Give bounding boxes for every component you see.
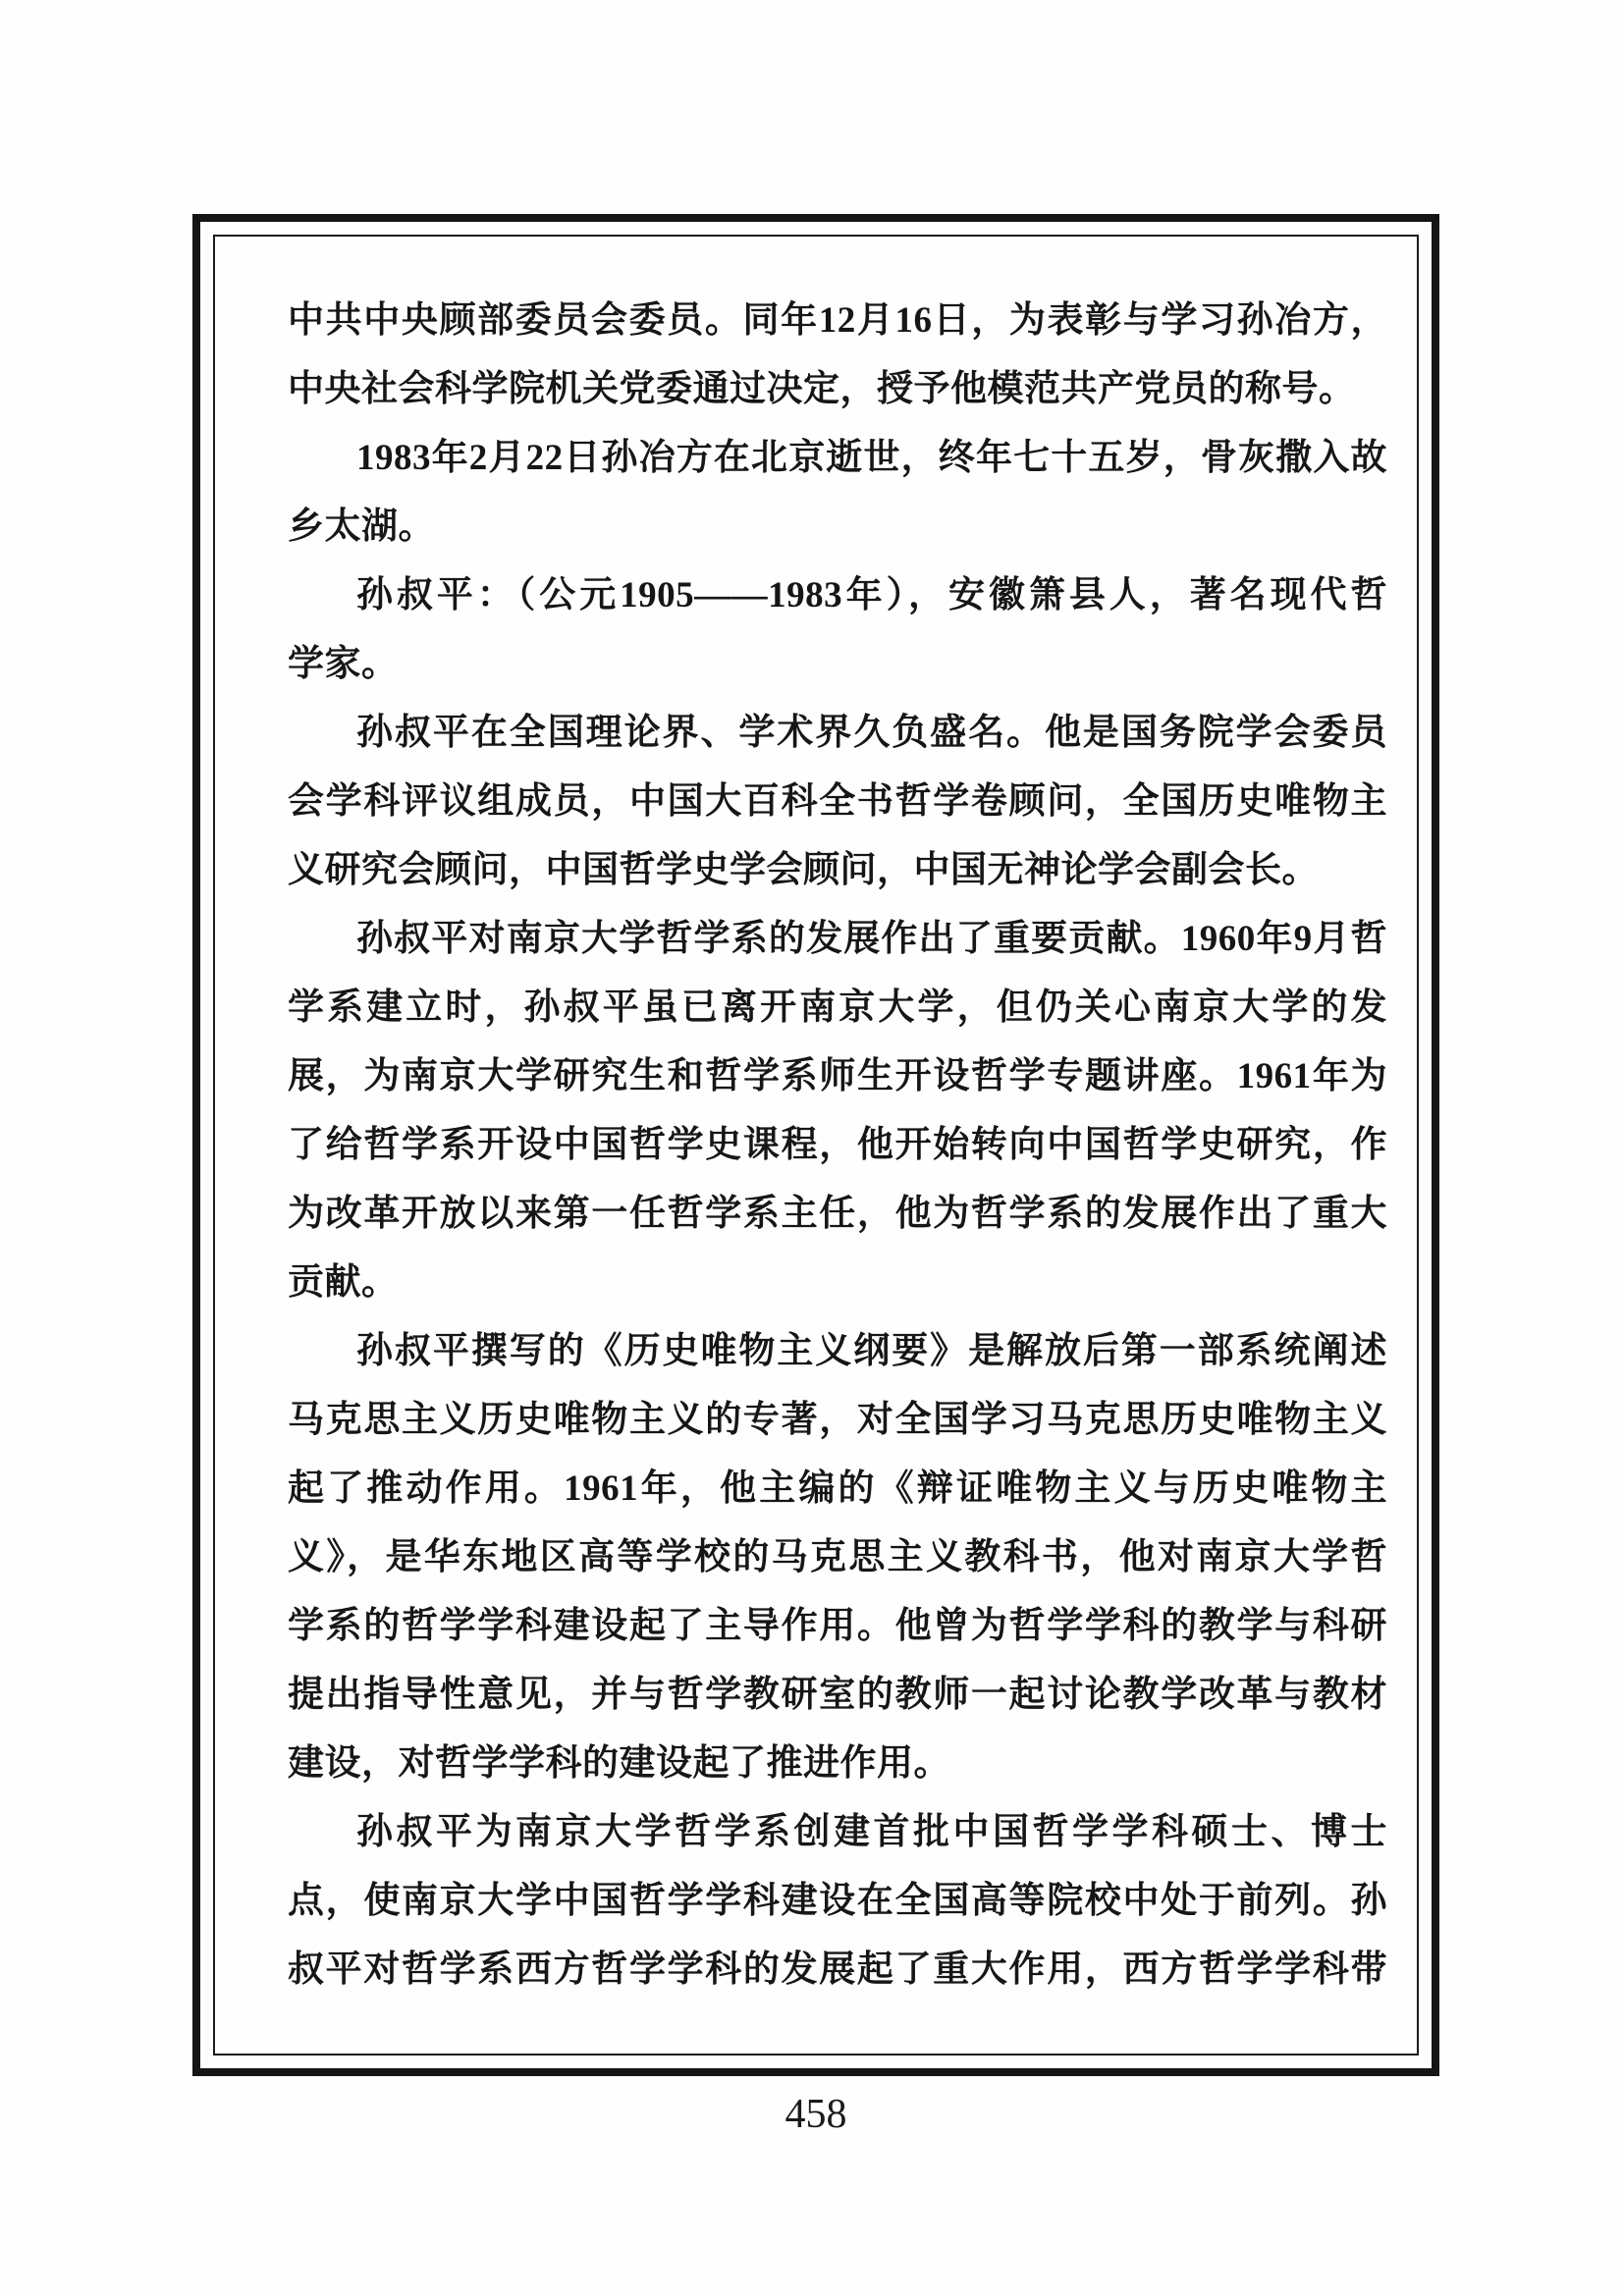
text-line: 学系的哲学学科建设起了主导作用。他曾为哲学学科的教学与科研 (288, 1592, 1387, 1661)
page-number: 458 (192, 2091, 1439, 2138)
text-line: 会学科评议组成员，中国大百科全书哲学卷顾问，全国历史唯物主 (288, 768, 1387, 836)
text-line: 乡太湖。 (288, 493, 1387, 561)
text-line: 孙叔平：（公元1905——1983年），安徽箫县人，著名现代哲 (288, 561, 1387, 630)
text-line: 叔平对哲学系西方哲学学科的发展起了重大作用，西方哲学学科带 (288, 1936, 1387, 2004)
scanned-page: 中共中央顾部委员会委员。同年12月16日，为表彰与学习孙冶方，中央社会科学院机关… (0, 0, 1623, 2296)
text-line: 孙叔平在全国理论界、学术界久负盛名。他是国务院学会委员 (288, 699, 1387, 768)
text-line: 展，为南京大学研究生和哲学系师生开设哲学专题讲座。1961年为 (288, 1042, 1387, 1111)
text-line: 建设，对哲学学科的建设起了推进作用。 (288, 1730, 1387, 1798)
text-line: 了给哲学系开设中国哲学史课程，他开始转向中国哲学史研究，作 (288, 1111, 1387, 1180)
text-line: 中共中央顾部委员会委员。同年12月16日，为表彰与学习孙冶方， (288, 287, 1387, 355)
text-line: 中央社会科学院机关党委通过决定，授予他模范共产党员的称号。 (288, 355, 1387, 424)
text-block: 中共中央顾部委员会委员。同年12月16日，为表彰与学习孙冶方，中央社会科学院机关… (288, 287, 1387, 2004)
text-line: 义研究会顾问，中国哲学史学会顾问，中国无神论学会副会长。 (288, 836, 1387, 905)
text-line: 1983年2月22日孙冶方在北京逝世，终年七十五岁，骨灰撒入故 (288, 424, 1387, 493)
text-line: 学家。 (288, 630, 1387, 699)
text-line: 义》，是华东地区高等学校的马克思主义教科书，他对南京大学哲 (288, 1523, 1387, 1592)
text-line: 孙叔平对南京大学哲学系的发展作出了重要贡献。1960年9月哲 (288, 905, 1387, 974)
text-line: 学系建立时，孙叔平虽已离开南京大学，但仍关心南京大学的发 (288, 974, 1387, 1042)
text-line: 马克思主义历史唯物主义的专著，对全国学习马克思历史唯物主义 (288, 1386, 1387, 1455)
text-line: 提出指导性意见，并与哲学教研室的教师一起讨论教学改革与教材 (288, 1661, 1387, 1730)
text-line: 起了推动作用。1961年，他主编的《辩证唯物主义与历史唯物主 (288, 1455, 1387, 1523)
text-line: 孙叔平为南京大学哲学系创建首批中国哲学学科硕士、博士 (288, 1798, 1387, 1867)
text-line: 贡献。 (288, 1249, 1387, 1317)
text-line: 孙叔平撰写的《历史唯物主义纲要》是解放后第一部系统阐述 (288, 1317, 1387, 1386)
text-line: 点，使南京大学中国哲学学科建设在全国高等院校中处于前列。孙 (288, 1867, 1387, 1936)
text-line: 为改革开放以来第一任哲学系主任，他为哲学系的发展作出了重大 (288, 1180, 1387, 1249)
